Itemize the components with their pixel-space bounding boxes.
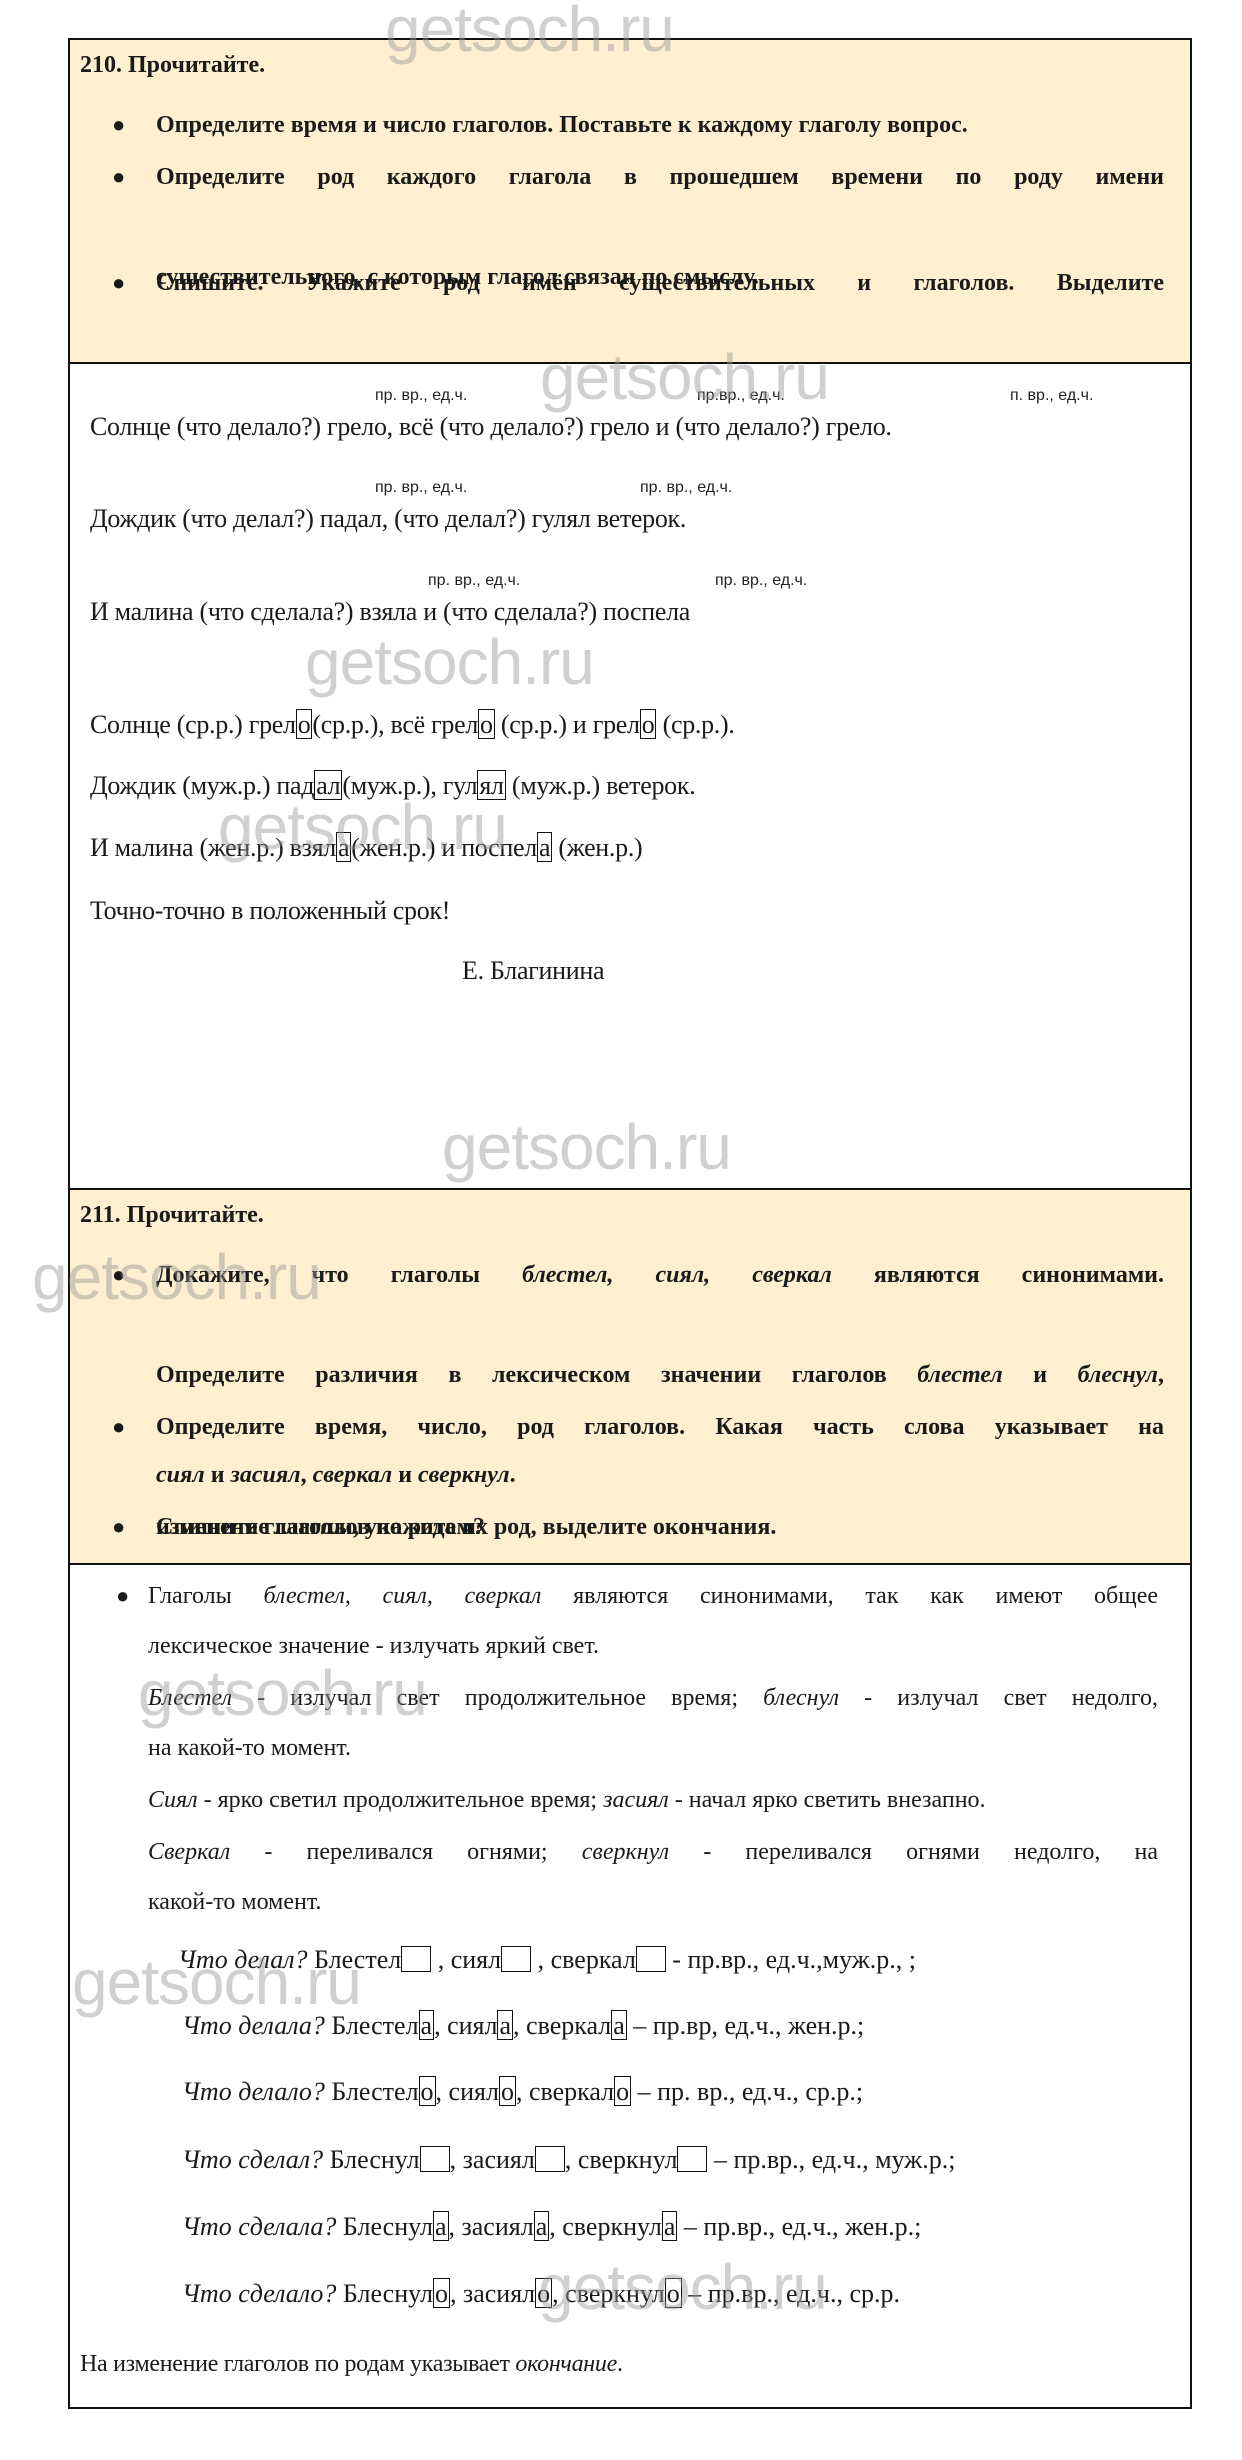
verb-row: Что сделал? Блеснул, засиял, сверкнул – … <box>182 2145 955 2175</box>
ending-box: о <box>640 709 657 739</box>
gender-line: Дождик (муж.р.) падал(муж.р.), гулял (му… <box>90 771 695 801</box>
grammar-note: пр. вр., ед.ч. <box>428 572 520 590</box>
grammar-note: пр. вр., ед.ч. <box>640 479 732 497</box>
poem-closing-line: Точно-точно в положенный срок! <box>90 896 450 926</box>
text-fragment: , сверкал <box>531 1945 636 1974</box>
verb-row: Что сделала? Блеснула, засияла, сверкнул… <box>182 2212 921 2242</box>
verb-question: Что сделала? <box>182 2212 336 2241</box>
exercise-sheet: 210. Прочитайте. ● Определите время и чи… <box>68 38 1192 2409</box>
sentence-line: Дождик (что делал?) падал, (что делал?) … <box>90 504 686 534</box>
text-fragment: , сверкнул <box>565 2145 678 2174</box>
text-fragment: , сверкал <box>513 2011 611 2040</box>
text-fragment: , сиял <box>431 1945 501 1974</box>
text-fragment: – пр.вр., ед.ч., муж.р.; <box>707 2145 955 2174</box>
ending-box: ял <box>477 770 505 800</box>
text-fragment: , сиял <box>436 2077 499 2106</box>
answer-paragraph: лексическое значение - излучать яркий св… <box>148 1621 1158 1671</box>
task-211: 211. Прочитайте. ● Докажите, что глаголы… <box>70 1190 1190 1565</box>
sentence-line: И малина (что сделала?) взяла и (что сде… <box>90 597 690 627</box>
conclusion: На изменение глаголов по родам указывает… <box>80 2351 623 2378</box>
verb-question: Что делало? <box>182 2077 325 2106</box>
empty-ending-box <box>535 2146 565 2172</box>
text-fragment: , засиял <box>450 2279 535 2308</box>
grammar-note: пр.вр., ед.ч. <box>697 387 785 405</box>
ending-box: о <box>535 2278 552 2308</box>
text-fragment: , сверкнул <box>552 2279 665 2308</box>
ending-box: а <box>336 832 351 862</box>
text-fragment: , сверкал <box>516 2077 614 2106</box>
ending-box: о <box>433 2278 450 2308</box>
text-fragment: (ср.р.), всё грел <box>312 710 478 739</box>
task-211-title: 211. Прочитайте. <box>80 1202 264 1229</box>
verb-row: Что делало? Блестело, сияло, сверкало – … <box>182 2077 863 2107</box>
verb-question: Что сделал? <box>182 2145 323 2174</box>
ending-box: а <box>497 2010 513 2040</box>
text-fragment: (муж.р.) ветерок. <box>506 771 696 800</box>
text-fragment: Блеснул <box>323 2145 420 2174</box>
text-fragment: , засиял <box>449 2212 534 2241</box>
bullet-icon: ● <box>112 152 125 202</box>
ending-box: о <box>499 2076 516 2106</box>
grammar-note: пр. вр., ед.ч. <box>375 479 467 497</box>
text-fragment: , засиял <box>450 2145 535 2174</box>
gender-line: Солнце (ср.р.) грело(ср.р.), всё грело (… <box>90 710 735 740</box>
ending-box: а <box>419 2010 435 2040</box>
ending-box: а <box>534 2211 550 2241</box>
ending-box: а <box>662 2211 678 2241</box>
verb-question: Что сделало? <box>182 2279 336 2308</box>
verb-row: Что делал? Блестел , сиял , сверкал - пр… <box>178 1945 916 1975</box>
verb-question: Что делала? <box>182 2011 325 2040</box>
grammar-note: пр. вр., ед.ч. <box>375 387 467 405</box>
verb-row: Что делала? Блестела, сияла, сверкала – … <box>182 2011 864 2041</box>
empty-ending-box <box>677 2146 707 2172</box>
text-fragment: Блестел <box>325 2011 419 2040</box>
answer-paragraph: на какой-то момент. <box>148 1723 1158 1773</box>
empty-ending-box <box>401 1946 431 1972</box>
text-fragment: , сиял <box>434 2011 497 2040</box>
ending-box: а <box>433 2211 449 2241</box>
answer-210: пр. вр., ед.ч. пр.вр., ед.ч. п. вр., ед.… <box>70 364 1190 1190</box>
ending-box: а <box>611 2010 627 2040</box>
task-210-title: 210. Прочитайте. <box>80 52 265 79</box>
bullet-icon: ● <box>112 1502 125 1552</box>
text-fragment: Дождик (муж.р.) пад <box>90 771 314 800</box>
grammar-note: п. вр., ед.ч. <box>1010 387 1093 405</box>
ending-box: о <box>614 2076 631 2106</box>
text-fragment: – пр.вр., ед.ч., ср.р. <box>682 2279 900 2308</box>
bullet-icon: ● <box>112 1250 125 1300</box>
ending-box: о <box>419 2076 436 2106</box>
empty-ending-box <box>636 1946 666 1972</box>
text-fragment: Солнце (ср.р.) грел <box>90 710 296 739</box>
task-211-bullet-3: ● Спишите глаголы, укажите их род, выдел… <box>114 1502 1164 1552</box>
ending-box: ал <box>314 770 342 800</box>
ending-box: о <box>478 709 495 739</box>
verb-row: Что сделало? Блеснуло, засияло, сверкнул… <box>182 2279 900 2309</box>
sentence-line: Солнце (что делало?) грело, всё (что дел… <box>90 412 892 442</box>
answer-211: ● Глаголы блестел, сиял, сверкал являютс… <box>70 1565 1190 2407</box>
text-fragment: (ср.р.). <box>656 710 734 739</box>
text-fragment: – пр.вр, ед.ч., жен.р.; <box>627 2011 865 2040</box>
empty-ending-box <box>420 2146 450 2172</box>
grammar-note: пр. вр., ед.ч. <box>715 572 807 590</box>
bullet-icon: ● <box>112 258 125 308</box>
text-fragment: (муж.р.), гул <box>342 771 477 800</box>
bullet-icon: ● <box>112 1402 125 1452</box>
text-fragment: (жен.р.) и поспел <box>351 833 537 862</box>
text-fragment: И малина (жен.р.) взял <box>90 833 336 862</box>
task-210-bullet-1: ● Определите время и число глаголов. Пос… <box>114 100 1164 150</box>
poem-author: Е. Благинина <box>462 956 604 986</box>
bullet-icon: ● <box>112 100 125 150</box>
text-fragment: – пр.вр., ед.ч., жен.р.; <box>677 2212 921 2241</box>
text-fragment: (жен.р.) <box>552 833 642 862</box>
empty-ending-box <box>501 1946 531 1972</box>
text-fragment: Блестел <box>308 1945 402 1974</box>
answer-paragraph: какой-то момент. <box>148 1877 1158 1927</box>
ending-box: а <box>537 832 552 862</box>
ending-box: о <box>296 709 313 739</box>
text-fragment: Блестел <box>325 2077 419 2106</box>
text-fragment: Блеснул <box>336 2212 433 2241</box>
text-fragment: (ср.р.) и грел <box>495 710 640 739</box>
text-fragment: – пр. вр., ед.ч., ср.р.; <box>631 2077 863 2106</box>
answer-paragraph: Сиял - ярко светил продолжительное время… <box>148 1775 1158 1825</box>
text-fragment: , сверкнул <box>549 2212 662 2241</box>
bullet-icon: ● <box>116 1571 129 1621</box>
text-fragment: Блеснул <box>336 2279 433 2308</box>
task-210: 210. Прочитайте. ● Определите время и чи… <box>70 40 1190 364</box>
gender-line: И малина (жен.р.) взяла(жен.р.) и поспел… <box>90 833 642 863</box>
text-fragment: - пр.вр., ед.ч.,муж.р., ; <box>666 1945 916 1974</box>
verb-question: Что делал? <box>178 1945 308 1974</box>
ending-box: о <box>665 2278 682 2308</box>
